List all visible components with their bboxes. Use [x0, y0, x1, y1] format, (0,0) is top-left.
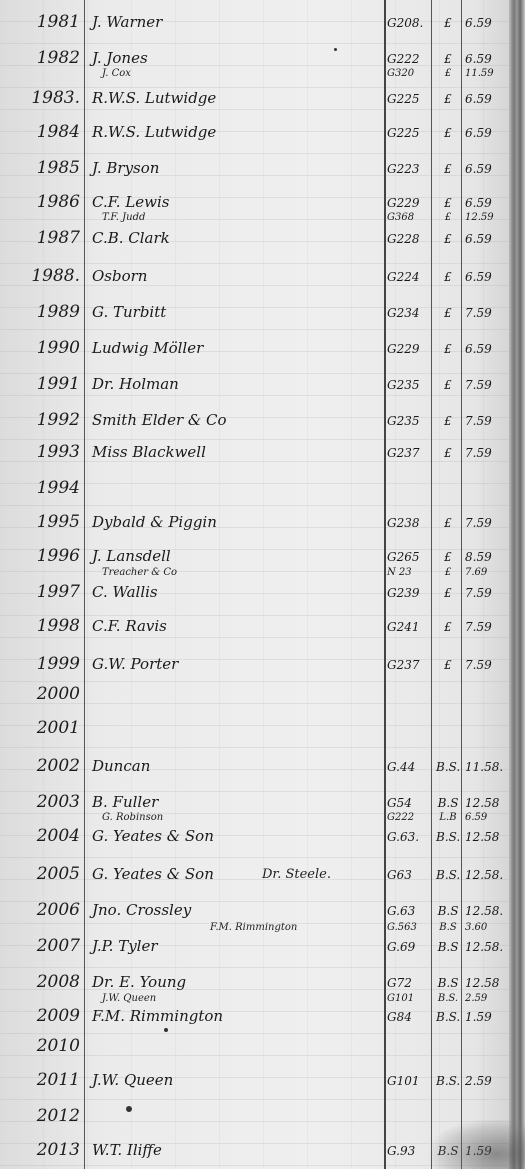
ledger-row: 1994	[0, 476, 509, 500]
entry-code: £	[436, 162, 460, 176]
entry-code: £	[436, 212, 460, 223]
entry-amount: 12.58	[465, 976, 507, 990]
entry-amount: 12.58	[465, 830, 507, 844]
ledger-row: 1985J. BrysonG223£6.59	[0, 156, 509, 180]
entry-number: 1993	[18, 442, 80, 462]
entry-reference: G229	[387, 342, 431, 356]
entry-reference: G234	[387, 306, 431, 320]
ledger-row: 1981J. WarnerG208.£6.59	[0, 10, 509, 34]
entry-code: B.S	[436, 940, 460, 954]
entry-name: J.P. Tyler	[92, 937, 158, 955]
entry-code: B.S.	[436, 993, 460, 1004]
entry-code: B.S	[436, 922, 460, 933]
entry-number: 1983.	[18, 88, 80, 108]
entry-amount: 12.58.	[465, 940, 507, 954]
entry-code: £	[436, 567, 460, 578]
entry-reference: G101	[387, 993, 431, 1004]
entry-code: £	[436, 16, 460, 30]
entry-name: G.W. Porter	[92, 655, 178, 673]
entry-number: 2009	[18, 1006, 80, 1026]
entry-name: Duncan	[92, 757, 150, 775]
entry-code: B.S	[436, 796, 460, 810]
entry-number: 2001	[18, 718, 80, 738]
entry-subname: F.M. Rimmington	[210, 922, 297, 933]
entry-amount: 11.58.	[465, 760, 507, 774]
entry-code: £	[436, 270, 460, 284]
entry-reference: G265	[387, 550, 431, 564]
entry-code: £	[436, 516, 460, 530]
entry-code: £	[436, 126, 460, 140]
entry-number: 2006	[18, 900, 80, 920]
ledger-row: 2004G. Yeates & SonG.63.B.S.12.58	[0, 824, 509, 848]
entry-amount: 6.59	[465, 162, 507, 176]
ink-spot	[334, 48, 337, 51]
entry-name: J. Warner	[92, 13, 162, 31]
entry-reference: G223	[387, 162, 431, 176]
entry-number: 1998	[18, 616, 80, 636]
ledger-row: 1988.OsbornG224£6.59	[0, 264, 509, 288]
entry-code: £	[436, 52, 460, 66]
ledger-row: 2009F.M. RimmingtonG84B.S.1.59	[0, 1004, 509, 1028]
entry-amount: 2.59	[465, 993, 507, 1004]
entry-name: G. Yeates & Son	[92, 865, 214, 883]
entry-reference: G239	[387, 586, 431, 600]
entry-code: B.S.	[436, 830, 460, 844]
entry-name: C.B. Clark	[92, 229, 170, 247]
entry-name: J. Bryson	[92, 159, 159, 177]
entry-name: C.F. Lewis	[92, 193, 170, 211]
entry-amount: 2.59	[465, 1074, 507, 1088]
entry-subname: J. Cox	[102, 68, 131, 79]
entry-number: 1989	[18, 302, 80, 322]
entry-reference: G.93	[387, 1144, 431, 1158]
entry-reference: G241	[387, 620, 431, 634]
entry-reference: G84	[387, 1010, 431, 1024]
ledger-row: 1982J. JonesG222£6.59	[0, 46, 509, 70]
entry-reference: G237	[387, 658, 431, 672]
entry-amount: 6.59	[465, 342, 507, 356]
entry-code: B.S	[436, 904, 460, 918]
entry-amount: 6.59	[465, 52, 507, 66]
entry-name: Osborn	[92, 267, 147, 285]
entry-amount: 11.59	[465, 68, 507, 79]
entry-name: W.T. Iliffe	[92, 1141, 162, 1159]
entry-subname: T.F. Judd	[102, 212, 145, 223]
entry-amount: 6.59	[465, 126, 507, 140]
entry-name: Dr. E. Young	[92, 973, 186, 991]
entry-amount: 3.60	[465, 922, 507, 933]
entry-amount: 7.59	[465, 378, 507, 392]
entry-name: Jno. Crossley	[92, 901, 191, 919]
entry-subname: J.W. Queen	[102, 993, 156, 1004]
entry-number: 1985	[18, 158, 80, 178]
entry-code: B.S.	[436, 760, 460, 774]
entry-code: £	[436, 196, 460, 210]
ledger-row: 1983.R.W.S. LutwidgeG225£6.59	[0, 86, 509, 110]
entry-number: 1990	[18, 338, 80, 358]
entry-number: 2007	[18, 936, 80, 956]
entry-amount: 12.59	[465, 212, 507, 223]
entry-amount: 6.59	[465, 16, 507, 30]
entry-amount: 12.58.	[465, 868, 507, 882]
entry-name: J.W. Queen	[92, 1071, 173, 1089]
entry-reference: G320	[387, 68, 431, 79]
entry-amount: 7.59	[465, 446, 507, 460]
ledger-row: 1997C. WallisG239£7.59	[0, 580, 509, 604]
ledger-row: 1992Smith Elder & CoG235£7.59	[0, 408, 509, 432]
entry-reference: G.63	[387, 904, 431, 918]
entry-name: J. Lansdell	[92, 547, 171, 565]
entry-name: F.M. Rimmington	[92, 1007, 223, 1025]
entry-amount: 6.59	[465, 232, 507, 246]
entry-code: £	[436, 342, 460, 356]
entry-name: R.W.S. Lutwidge	[92, 89, 216, 107]
entry-number: 1984	[18, 122, 80, 142]
entry-reference: G228	[387, 232, 431, 246]
ledger-row: 1989G. TurbittG234£7.59	[0, 300, 509, 324]
entry-name: R.W.S. Lutwidge	[92, 123, 216, 141]
water-stain	[430, 1120, 525, 1169]
entry-reference: G237	[387, 446, 431, 460]
entry-number: 1994	[18, 478, 80, 498]
entry-name: C.F. Ravis	[92, 617, 167, 635]
entry-number: 2002	[18, 756, 80, 776]
entry-code: £	[436, 378, 460, 392]
entry-reference: G222	[387, 52, 431, 66]
entry-name: Dybald & Piggin	[92, 513, 217, 531]
ledger-row: 2007J.P. TylerG.69B.S12.58.	[0, 934, 509, 958]
entry-amount: 12.58.	[465, 904, 507, 918]
ledger-subentry: T.F. JuddG368£12.59	[0, 212, 509, 226]
entry-amount: 7.59	[465, 586, 507, 600]
entry-name: G. Yeates & Son	[92, 827, 214, 845]
ledger-row: 2008Dr. E. YoungG72B.S12.58	[0, 970, 509, 994]
entry-code: B.S	[436, 976, 460, 990]
ledger-row: 2000	[0, 682, 509, 706]
entry-annotation: Dr. Steele.	[262, 867, 331, 882]
entry-reference: G224	[387, 270, 431, 284]
ledger-subentry: J. CoxG320£11.59	[0, 68, 509, 82]
ledger-row: 2010	[0, 1034, 509, 1058]
entry-reference: G229	[387, 196, 431, 210]
ledger-subentry: Treacher & CoN 23£7.69	[0, 567, 509, 581]
ledger-row: 2003B. FullerG54B.S12.58	[0, 790, 509, 814]
ledger-row: 1986C.F. LewisG229£6.59	[0, 190, 509, 214]
entry-number: 2010	[18, 1036, 80, 1056]
entry-amount: 8.59	[465, 550, 507, 564]
entry-reference: G222	[387, 812, 431, 823]
entry-reference: G.63.	[387, 830, 431, 844]
entry-reference: G54	[387, 796, 431, 810]
entry-code: B.S.	[436, 1010, 460, 1024]
entry-code: £	[436, 550, 460, 564]
ledger-row: 2006Jno. CrossleyG.63B.S12.58.	[0, 898, 509, 922]
entry-subname: Treacher & Co	[102, 567, 177, 578]
entry-number: 2008	[18, 972, 80, 992]
entry-reference: G.44	[387, 760, 431, 774]
entry-name: Miss Blackwell	[92, 443, 206, 461]
entry-name: Dr. Holman	[92, 375, 179, 393]
entry-name: G. Turbitt	[92, 303, 166, 321]
entry-reference: G238	[387, 516, 431, 530]
ledger-row: 2001	[0, 716, 509, 740]
ledger-row: 1999G.W. PorterG237£7.59	[0, 652, 509, 676]
entry-number: 2012	[18, 1106, 80, 1126]
entry-number: 1996	[18, 546, 80, 566]
entry-reference: G368	[387, 212, 431, 223]
entry-number: 1982	[18, 48, 80, 68]
entry-number: 1991	[18, 374, 80, 394]
entry-number: 2000	[18, 684, 80, 704]
ink-spot	[164, 1028, 168, 1032]
entry-number: 1992	[18, 410, 80, 430]
entry-name: Ludwig Möller	[92, 339, 203, 357]
entry-amount: 7.69	[465, 567, 507, 578]
book-spine	[509, 0, 525, 1169]
entry-amount: 7.59	[465, 414, 507, 428]
entry-code: £	[436, 658, 460, 672]
entry-name: B. Fuller	[92, 793, 158, 811]
ledger-row: 2002DuncanG.44B.S.11.58.	[0, 754, 509, 778]
entry-subname: G. Robinson	[102, 812, 163, 823]
entry-reference: G101	[387, 1074, 431, 1088]
entry-number: 1999	[18, 654, 80, 674]
ledger-row: 1984R.W.S. LutwidgeG225£6.59	[0, 120, 509, 144]
entry-code: £	[436, 232, 460, 246]
ledger-row: 1991Dr. HolmanG235£7.59	[0, 372, 509, 396]
entry-code: B.S.	[436, 868, 460, 882]
entry-name: C. Wallis	[92, 583, 158, 601]
entry-number: 1995	[18, 512, 80, 532]
entry-reference: G235	[387, 378, 431, 392]
entry-code: £	[436, 92, 460, 106]
entry-number: 1987	[18, 228, 80, 248]
entry-name: Smith Elder & Co	[92, 411, 227, 429]
entry-name: J. Jones	[92, 49, 148, 67]
entry-number: 2011	[18, 1070, 80, 1090]
ledger-row: 1993Miss BlackwellG237£7.59	[0, 440, 509, 464]
entry-reference: G.69	[387, 940, 431, 954]
entry-number: 2004	[18, 826, 80, 846]
entry-number: 2003	[18, 792, 80, 812]
entry-reference: G208.	[387, 16, 431, 30]
entry-code: £	[436, 620, 460, 634]
entry-number: 2005	[18, 864, 80, 884]
entry-code: £	[436, 414, 460, 428]
ledger-row: 1990Ludwig MöllerG229£6.59	[0, 336, 509, 360]
entry-number: 1981	[18, 12, 80, 32]
entry-number: 1986	[18, 192, 80, 212]
entry-amount: 7.59	[465, 620, 507, 634]
entry-amount: 7.59	[465, 658, 507, 672]
entry-reference: G225	[387, 92, 431, 106]
entry-code: £	[436, 306, 460, 320]
ledger-row: 2011J.W. QueenG101B.S.2.59	[0, 1068, 509, 1092]
entry-number: 1988.	[18, 266, 80, 286]
ledger-row: 1996J. LansdellG265£8.59	[0, 544, 509, 568]
entry-code: £	[436, 586, 460, 600]
entry-number: 1997	[18, 582, 80, 602]
entry-amount: 6.59	[465, 812, 507, 823]
entry-amount: 1.59	[465, 1010, 507, 1024]
entry-number: 2013	[18, 1140, 80, 1160]
ink-spot	[126, 1106, 132, 1112]
entry-reference: G235	[387, 414, 431, 428]
ledger-row: 1995Dybald & PigginG238£7.59	[0, 510, 509, 534]
entry-amount: 6.59	[465, 92, 507, 106]
ledger-row: 2005G. Yeates & SonDr. Steele.G63B.S.12.…	[0, 862, 509, 886]
entry-reference: G72	[387, 976, 431, 990]
entry-reference: G63	[387, 868, 431, 882]
entry-code: £	[436, 446, 460, 460]
entry-reference: G.563	[387, 922, 431, 933]
ledger-row: 1998C.F. RavisG241£7.59	[0, 614, 509, 638]
entry-code: £	[436, 68, 460, 79]
entry-amount: 12.58	[465, 796, 507, 810]
ledger-page: 1981J. WarnerG208.£6.591982J. JonesG222£…	[0, 0, 525, 1169]
entry-reference: G225	[387, 126, 431, 140]
entry-amount: 7.59	[465, 516, 507, 530]
entry-amount: 7.59	[465, 306, 507, 320]
entry-amount: 6.59	[465, 196, 507, 210]
entry-code: L.B	[436, 812, 460, 823]
entry-amount: 6.59	[465, 270, 507, 284]
entry-reference: N 23	[387, 567, 431, 578]
entry-code: B.S.	[436, 1074, 460, 1088]
ledger-row: 1987C.B. ClarkG228£6.59	[0, 226, 509, 250]
